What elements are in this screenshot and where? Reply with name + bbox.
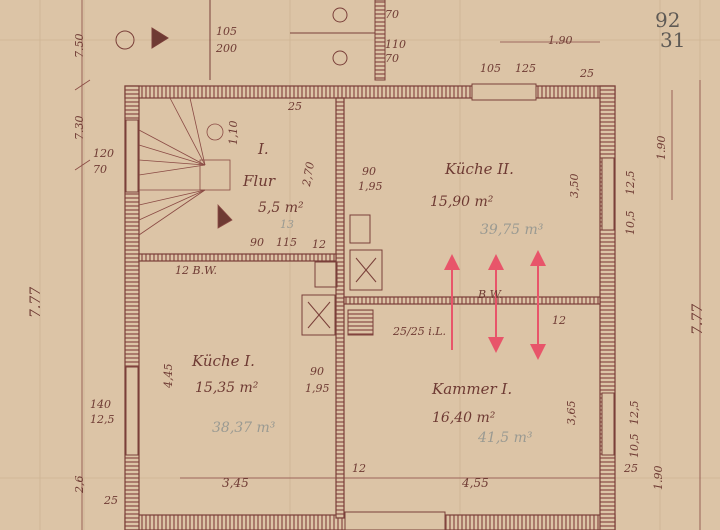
room-roman-numeral: I. <box>258 140 269 158</box>
room-area-flur: 5,5 m² <box>258 200 304 216</box>
dim-top-door-top: 105 <box>216 25 237 38</box>
dim-left-bottom: 2,6 <box>73 476 86 494</box>
dim-top-window-left: 105 <box>480 62 501 75</box>
dim-left-overall: 7.77 <box>28 287 44 318</box>
dim-window2-bottom: 12,5 <box>90 413 115 426</box>
dim-right-window-bottom: 10,5 <box>624 211 637 236</box>
room-name-kueche: Küche I. <box>192 352 255 370</box>
dim-kammer-height: 3,65 <box>565 401 578 426</box>
label-bw-right: B.W. <box>478 288 502 301</box>
floor-plan-drawing <box>0 0 720 530</box>
dim-flur-bottom-left: 90 <box>250 236 264 249</box>
room-name-kammer: Kammer I. <box>432 380 512 398</box>
staircase <box>139 98 232 235</box>
dim-left-bottom-wall: 25 <box>104 494 118 507</box>
dim-bw-right-wall: 12 <box>552 314 566 327</box>
dim-bottom-right-wall: 25 <box>624 462 638 475</box>
dim-flur-bottom-wall: 12 <box>312 238 326 251</box>
dim-window2-top: 140 <box>90 398 111 411</box>
dim-window-top: 120 <box>93 147 114 160</box>
dim-wc-bottom: 70 <box>385 52 399 65</box>
dim-kammer-window-bottom: 10,5 <box>628 434 641 459</box>
dim-left-730: 7.30 <box>73 116 86 141</box>
room-area-kueche2: 15,90 m² <box>430 194 493 210</box>
dim-flur-door-top: 90 <box>362 165 376 178</box>
dim-kammer-window-top: 12,5 <box>628 401 641 426</box>
dim-right-window-top: 12,5 <box>624 171 637 196</box>
room-area-kammer: 16,40 m² <box>432 410 495 426</box>
dim-stair-height: 1,10 <box>227 121 240 146</box>
dim-top-right-wall: 25 <box>580 67 594 80</box>
room-name-kueche2: Küche II. <box>445 160 514 178</box>
dim-right-overall: 7.77 <box>690 304 706 335</box>
dim-top-mid-wall: 25 <box>288 100 302 113</box>
label-bw-left: 12 B.W. <box>175 264 217 277</box>
dim-bottom-left-span: 3,45 <box>222 476 249 490</box>
dim-flur-bottom-right: 115 <box>276 236 297 249</box>
dim-top-right-span: 1.90 <box>548 34 573 47</box>
windows <box>126 84 614 530</box>
dim-top-window-right: 125 <box>515 62 536 75</box>
dim-window-bottom: 70 <box>93 163 107 176</box>
room-name-flur: Flur <box>243 172 275 190</box>
pencil-note-flur: 13 <box>280 218 294 231</box>
dim-top-door-bottom: 200 <box>216 42 237 55</box>
dim-kueche-door-top: 90 <box>310 365 324 378</box>
dim-wc-mid: 110 <box>385 38 406 51</box>
dim-right-side-2: 1.90 <box>652 466 665 491</box>
dim-kueche2-height: 3,50 <box>568 174 581 199</box>
dim-bottom-right-span: 4,55 <box>462 476 489 490</box>
dim-wc-top: 70 <box>385 8 399 21</box>
label-chimney: 25/25 i.L. <box>393 325 446 338</box>
pencil-note-kueche2: 39,75 m³ <box>480 222 543 238</box>
dim-flur-door-bottom: 1,95 <box>358 180 383 193</box>
dim-right-side-1: 1.90 <box>655 136 668 161</box>
room-area-kueche: 15,35 m² <box>195 380 258 396</box>
dim-bottom-middle-wall: 12 <box>352 462 366 475</box>
dim-left-750: 7.50 <box>73 34 86 59</box>
red-annotation-arrows <box>452 258 538 352</box>
pencil-note-kueche: 38,37 m³ <box>212 420 275 436</box>
dim-kueche-height: 4,45 <box>162 364 175 389</box>
sheet-number-bottom: 31 <box>660 28 685 52</box>
pencil-note-kammer: 41,5 m³ <box>478 430 533 446</box>
dim-kueche-door-bottom: 1,95 <box>305 382 330 395</box>
